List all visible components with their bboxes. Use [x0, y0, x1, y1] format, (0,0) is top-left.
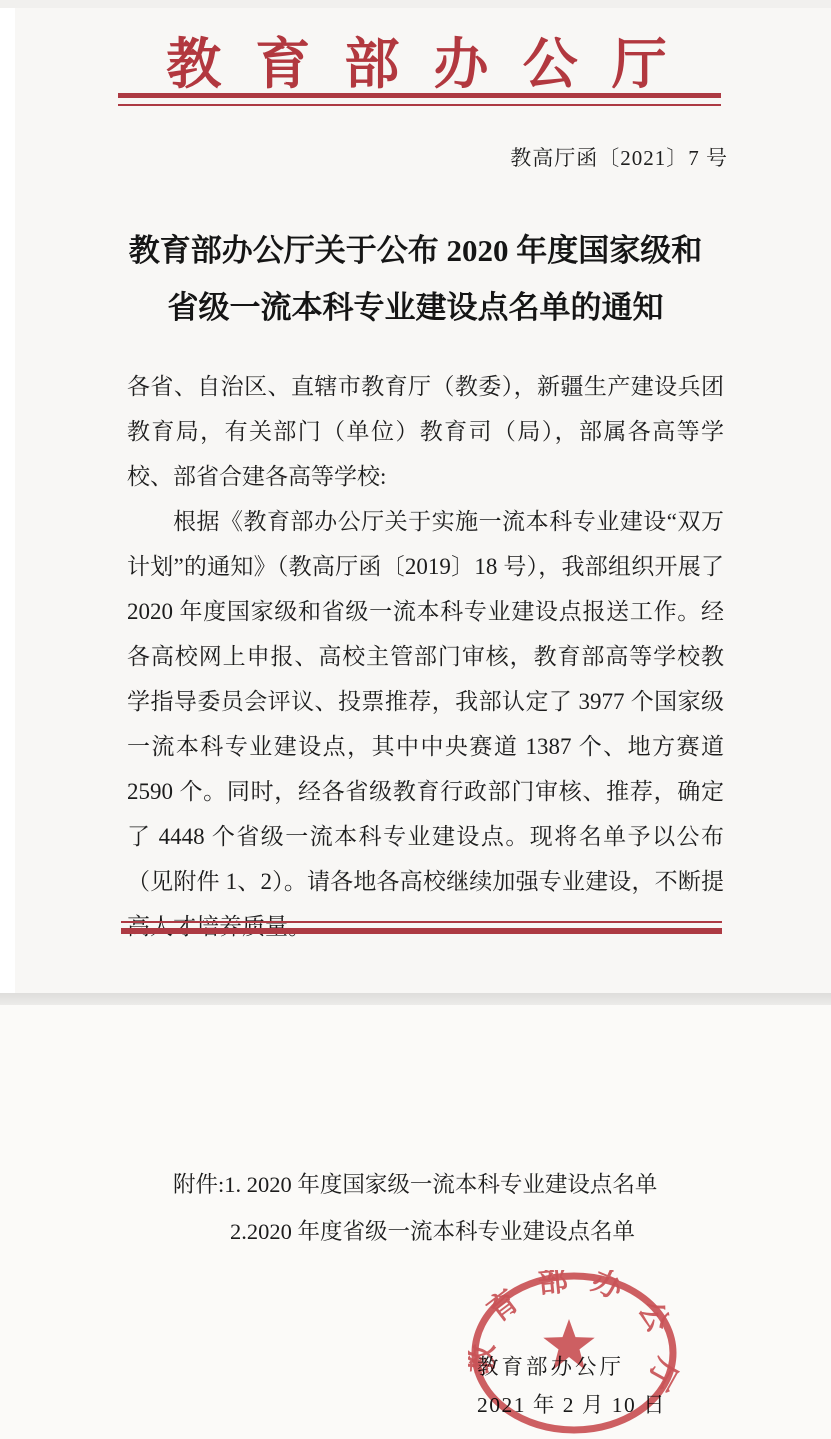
official-seal-stamp: 教育部办公厅 — [468, 1270, 680, 1436]
document-title: 教育部办公厅关于公布 2020 年度国家级和 省级一流本科专业建设点名单的通知 — [60, 222, 771, 336]
scan-edge-artifact — [0, 0, 15, 993]
footer-rule-thin — [121, 921, 722, 923]
attachment-item-1: 附件:1. 2020 年度国家级一流本科专业建设点名单 — [173, 1161, 657, 1208]
salutation: 各省、自治区、直辖市教育厅（教委），新疆生产建设兵团教育局，有关部门（单位）教育… — [127, 364, 724, 499]
agency-header: 教育部办公厅 — [0, 20, 831, 99]
attachment-item-2: 2.2020 年度省级一流本科专业建设点名单 — [230, 1208, 657, 1255]
attachments-list: 附件:1. 2020 年度国家级一流本科专业建设点名单 2.2020 年度省级一… — [173, 1161, 657, 1255]
seal-star-icon — [543, 1319, 594, 1370]
document-body: 各省、自治区、直辖市教育厅（教委），新疆生产建设兵团教育局，有关部门（单位）教育… — [127, 364, 724, 949]
body-paragraph: 根据《教育部办公厅关于实施一流本科专业建设“双万计划”的通知》（教高厅函〔201… — [127, 499, 724, 949]
page-divider — [0, 993, 831, 1005]
scanned-document: 教育部办公厅 教高厅函〔2021〕7 号 教育部办公厅关于公布 2020 年度国… — [0, 0, 831, 1439]
header-rule-thin — [118, 104, 721, 106]
document-title-line2: 省级一流本科专业建设点名单的通知 — [60, 279, 771, 336]
header-rule-thick — [118, 93, 721, 98]
scan-top-artifact — [0, 0, 831, 8]
document-number: 教高厅函〔2021〕7 号 — [510, 142, 728, 172]
document-title-line1: 教育部办公厅关于公布 2020 年度国家级和 — [60, 222, 771, 279]
footer-rule-thick — [121, 928, 722, 934]
